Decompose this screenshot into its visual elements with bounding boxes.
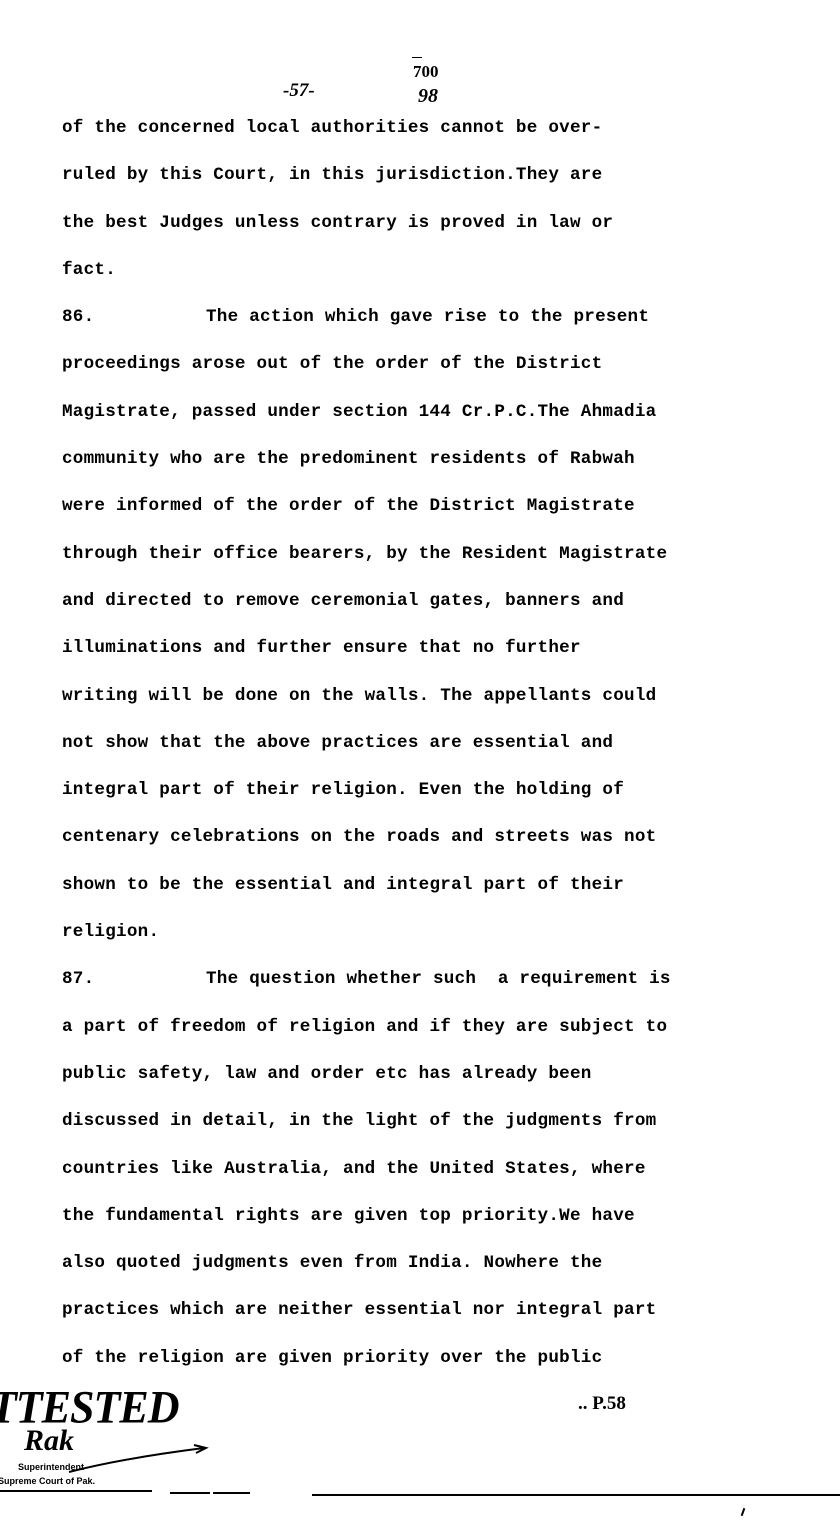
line-text: community who are the predominent reside… bbox=[62, 449, 635, 469]
line-text: illuminations and further ensure that no… bbox=[62, 638, 581, 658]
line-text: The question whether such a requirement … bbox=[206, 969, 671, 989]
line-text: The action which gave rise to the presen… bbox=[206, 307, 649, 327]
line-text: also quoted judgments even from India. N… bbox=[62, 1253, 602, 1273]
text-line: discussed in detail, in the light of the… bbox=[62, 1107, 822, 1154]
line-text: writing will be done on the walls. The a… bbox=[62, 686, 656, 706]
line-text: through their office bearers, by the Res… bbox=[62, 544, 667, 564]
text-line: centenary celebrations on the roads and … bbox=[62, 823, 822, 870]
line-text: not show that the above practices are es… bbox=[62, 733, 613, 753]
text-line: also quoted judgments even from India. N… bbox=[62, 1249, 822, 1296]
scan-mark bbox=[741, 1508, 746, 1516]
line-text: a part of freedom of religion and if the… bbox=[62, 1017, 667, 1037]
signature-stroke-icon bbox=[64, 1440, 214, 1480]
stamped-page-number: 700 bbox=[413, 62, 439, 82]
line-text: of the religion are given priority over … bbox=[62, 1348, 602, 1368]
text-line: Magistrate, passed under section 144 Cr.… bbox=[62, 398, 822, 445]
line-text: fact. bbox=[62, 260, 116, 280]
text-line: 87.The question whether such a requireme… bbox=[62, 965, 822, 1012]
line-text: and directed to remove ceremonial gates,… bbox=[62, 591, 624, 611]
typed-page-number: -57- bbox=[283, 80, 315, 102]
line-text: ruled by this Court, in this jurisdictio… bbox=[62, 165, 602, 185]
scan-mark bbox=[412, 57, 422, 58]
text-line: religion. bbox=[62, 918, 822, 965]
line-text: public safety, law and order etc has alr… bbox=[62, 1064, 592, 1084]
attested-stamp: ATTESTED Rak Superintendent Supreme Cour… bbox=[0, 1382, 244, 1492]
line-text: were informed of the order of the Distri… bbox=[62, 496, 635, 516]
text-line: practices which are neither essential no… bbox=[62, 1296, 822, 1343]
text-line: proceedings arose out of the order of th… bbox=[62, 350, 822, 397]
scan-rule-mid2 bbox=[213, 1492, 250, 1494]
line-text: of the concerned local authorities canno… bbox=[62, 118, 602, 138]
paragraph-number: 87. bbox=[62, 965, 206, 993]
continued-page-marker: .. P.58 bbox=[578, 1393, 626, 1415]
text-line: countries like Australia, and the United… bbox=[62, 1155, 822, 1202]
text-line: fact. bbox=[62, 256, 822, 303]
paragraph-number: 86. bbox=[62, 303, 206, 331]
document-page: -57- 700 98 of the concerned local autho… bbox=[0, 0, 840, 1540]
line-text: the best Judges unless contrary is prove… bbox=[62, 213, 613, 233]
text-line: community who are the predominent reside… bbox=[62, 445, 822, 492]
text-line: not show that the above practices are es… bbox=[62, 729, 822, 776]
line-text: proceedings arose out of the order of th… bbox=[62, 354, 602, 374]
text-line: were informed of the order of the Distri… bbox=[62, 492, 822, 539]
text-line: and directed to remove ceremonial gates,… bbox=[62, 587, 822, 634]
text-line: public safety, law and order etc has alr… bbox=[62, 1060, 822, 1107]
line-text: religion. bbox=[62, 922, 159, 942]
line-text: integral part of their religion. Even th… bbox=[62, 780, 624, 800]
text-line: through their office bearers, by the Res… bbox=[62, 540, 822, 587]
line-text: discussed in detail, in the light of the… bbox=[62, 1111, 656, 1131]
text-line: ruled by this Court, in this jurisdictio… bbox=[62, 161, 822, 208]
document-body: of the concerned local authorities canno… bbox=[62, 114, 822, 1391]
line-text: centenary celebrations on the roads and … bbox=[62, 827, 656, 847]
scan-rule-left bbox=[0, 1490, 152, 1492]
line-text: practices which are neither essential no… bbox=[62, 1300, 656, 1320]
line-text: countries like Australia, and the United… bbox=[62, 1159, 646, 1179]
line-text: shown to be the essential and integral p… bbox=[62, 875, 624, 895]
text-line: shown to be the essential and integral p… bbox=[62, 871, 822, 918]
text-line: illuminations and further ensure that no… bbox=[62, 634, 822, 681]
line-text: Magistrate, passed under section 144 Cr.… bbox=[62, 402, 656, 422]
scan-rule-mid1 bbox=[170, 1492, 210, 1494]
line-text: the fundamental rights are given top pri… bbox=[62, 1206, 635, 1226]
text-line: integral part of their religion. Even th… bbox=[62, 776, 822, 823]
text-line: writing will be done on the walls. The a… bbox=[62, 682, 822, 729]
text-line: of the concerned local authorities canno… bbox=[62, 114, 822, 161]
scan-rule-right bbox=[312, 1494, 840, 1496]
text-line: 86.The action which gave rise to the pre… bbox=[62, 303, 822, 350]
handwritten-page-number: 98 bbox=[418, 85, 438, 108]
text-line: a part of freedom of religion and if the… bbox=[62, 1013, 822, 1060]
text-line: the best Judges unless contrary is prove… bbox=[62, 209, 822, 256]
text-line: the fundamental rights are given top pri… bbox=[62, 1202, 822, 1249]
